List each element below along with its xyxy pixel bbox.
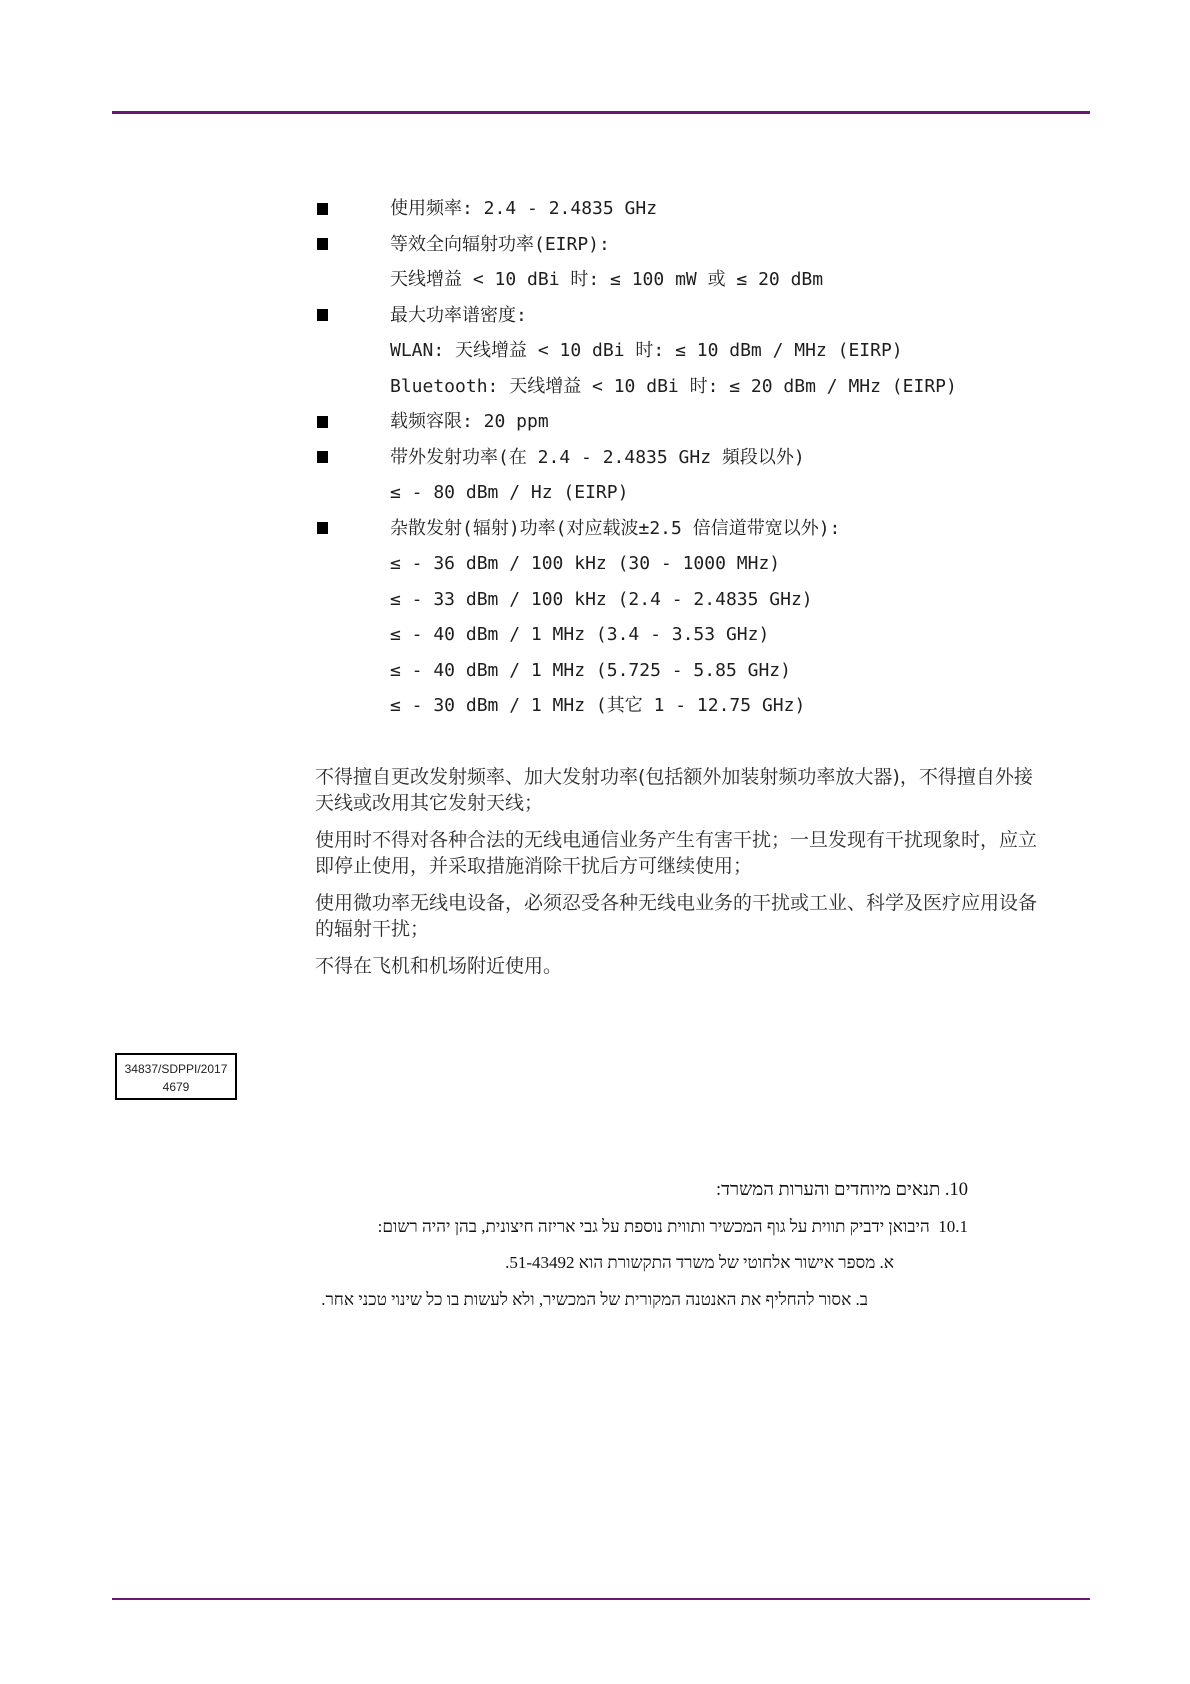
spec-line-text: 使用频率: 2.4 - 2.4835 GHz <box>390 191 657 227</box>
bullet-square-icon <box>317 522 328 534</box>
spec-list-row: 最大功率谱密度: <box>317 298 957 334</box>
spec-line-text: 最大功率谱密度: <box>390 298 527 334</box>
hebrew-subitem-a: א. מספר אישור אלחוטי של משרד התקשורת הוא… <box>268 1245 968 1282</box>
spec-line-text: 载频容限: 20 ppm <box>390 404 549 440</box>
spec-line-text: ≤ - 30 dBm / 1 MHz (其它 1 - 12.75 GHz) <box>390 688 805 724</box>
usage-notice-paragraphs: 不得擅自更改发射频率、加大发射功率(包括额外加装射频功率放大器)，不得擅自外接 … <box>315 764 1037 990</box>
spec-list-row: ≤ - 40 dBm / 1 MHz (5.725 - 5.85 GHz) <box>317 653 957 689</box>
hebrew-item-10-1: 10.1 היבואן ידביק תווית על גוף המכשיר ות… <box>268 1209 968 1246</box>
spec-line-text: ≤ - 33 dBm / 100 kHz (2.4 - 2.4835 GHz) <box>390 582 813 618</box>
sdppi-certificate-number: 34837/SDPPI/2017 <box>117 1060 235 1078</box>
hebrew-conditions-section: 10. תנאים מיוחדים והערות המשרד: 10.1 היב… <box>268 1172 968 1318</box>
bullet-square-icon <box>317 451 328 463</box>
spec-line-text: 杂散发射(辐射)功率(对应载波±2.5 倍信道带宽以外): <box>390 511 840 547</box>
spec-list-row: ≤ - 80 dBm / Hz (EIRP) <box>317 475 957 511</box>
rf-spec-list: 使用频率: 2.4 - 2.4835 GHz等效全向辐射功率(EIRP):天线增… <box>317 191 957 724</box>
spec-list-row: 等效全向辐射功率(EIRP): <box>317 227 957 263</box>
bullet-square-icon <box>317 203 328 215</box>
hebrew-subitem-b: ב. אסור להחליף את האנטנה המקורית של המכש… <box>268 1282 968 1319</box>
spec-list-row: ≤ - 33 dBm / 100 kHz (2.4 - 2.4835 GHz) <box>317 582 957 618</box>
spec-line-text: ≤ - 80 dBm / Hz (EIRP) <box>390 475 628 511</box>
spec-list-row: 杂散发射(辐射)功率(对应载波±2.5 倍信道带宽以外): <box>317 511 957 547</box>
spec-list-row: ≤ - 36 dBm / 100 kHz (30 - 1000 MHz) <box>317 546 957 582</box>
notice-paragraph: 使用微功率无线电设备，必须忍受各种无线电业务的干扰或工业、科学及医疗应用设备 的… <box>315 890 1037 942</box>
notice-paragraph: 不得在飞机和机场附近使用。 <box>315 953 1037 979</box>
spec-line-text: Bluetooth: 天线增益 < 10 dBi 时: ≤ 20 dBm / M… <box>390 369 957 405</box>
spec-line-text: ≤ - 36 dBm / 100 kHz (30 - 1000 MHz) <box>390 546 780 582</box>
spec-list-row: 使用频率: 2.4 - 2.4835 GHz <box>317 191 957 227</box>
spec-list-row: Bluetooth: 天线增益 < 10 dBi 时: ≤ 20 dBm / M… <box>317 369 957 405</box>
bottom-divider-rule <box>112 1598 1090 1600</box>
sdppi-plg-number: 4679 <box>117 1078 235 1096</box>
sdppi-certification-label: 34837/SDPPI/2017 4679 <box>115 1053 237 1100</box>
spec-list-row: 天线增益 < 10 dBi 时: ≤ 100 mW 或 ≤ 20 dBm <box>317 262 957 298</box>
spec-list-row: 带外发射功率(在 2.4 - 2.4835 GHz 頻段以外) <box>317 440 957 476</box>
hebrew-section-heading: 10. תנאים מיוחדים והערות המשרד: <box>268 1172 968 1209</box>
spec-list-row: ≤ - 30 dBm / 1 MHz (其它 1 - 12.75 GHz) <box>317 688 957 724</box>
spec-list-row: WLAN: 天线增益 < 10 dBi 时: ≤ 10 dBm / MHz (E… <box>317 333 957 369</box>
notice-paragraph: 不得擅自更改发射频率、加大发射功率(包括额外加装射频功率放大器)，不得擅自外接 … <box>315 764 1037 816</box>
spec-line-text: WLAN: 天线增益 < 10 dBi 时: ≤ 10 dBm / MHz (E… <box>390 333 903 369</box>
spec-line-text: 带外发射功率(在 2.4 - 2.4835 GHz 頻段以外) <box>390 440 805 476</box>
spec-line-text: ≤ - 40 dBm / 1 MHz (3.4 - 3.53 GHz) <box>390 617 769 653</box>
spec-line-text: 天线增益 < 10 dBi 时: ≤ 100 mW 或 ≤ 20 dBm <box>390 262 823 298</box>
spec-list-row: ≤ - 40 dBm / 1 MHz (3.4 - 3.53 GHz) <box>317 617 957 653</box>
bullet-square-icon <box>317 416 328 428</box>
spec-line-text: 等效全向辐射功率(EIRP): <box>390 227 610 263</box>
bullet-square-icon <box>317 238 328 250</box>
bullet-square-icon <box>317 309 328 321</box>
top-divider-rule <box>112 111 1090 114</box>
spec-list-row: 载频容限: 20 ppm <box>317 404 957 440</box>
notice-paragraph: 使用时不得对各种合法的无线电通信业务产生有害干扰；一旦发现有干扰现象时，应立 即… <box>315 827 1037 879</box>
spec-line-text: ≤ - 40 dBm / 1 MHz (5.725 - 5.85 GHz) <box>390 653 791 689</box>
